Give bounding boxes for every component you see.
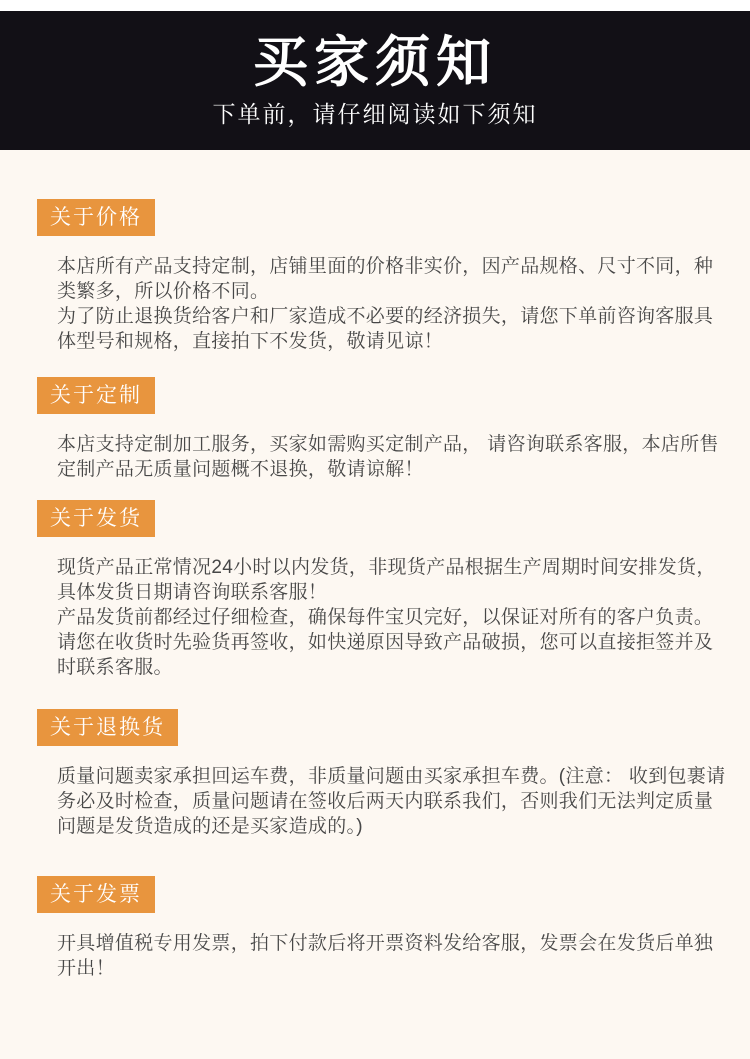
section-text-customization: 本店支持定制加工服务，买家如需购买定制产品， 请咨询联系客服，本店所售 定制产品… [57,432,732,482]
section-customization: 关于定制 本店支持定制加工服务，买家如需购买定制产品， 请咨询联系客服，本店所售… [37,354,732,482]
section-text-shipping: 现货产品正常情况24小时以内发货，非现货产品根据生产周期时间安排发货， 具体发货… [57,555,732,680]
top-strip [0,0,750,11]
section-label-returns: 关于退换货 [37,709,178,746]
section-invoice: 关于发票 开具增值税专用发票，拍下付款后将开票资料发给客服，发票会在发货后单独 … [37,839,732,981]
notice-body: 关于价格 本店所有产品支持定制，店铺里面的价格非实价，因产品规格、尺寸不同，种 … [0,150,750,981]
section-price: 关于价格 本店所有产品支持定制，店铺里面的价格非实价，因产品规格、尺寸不同，种 … [37,150,732,354]
section-shipping: 关于发货 现货产品正常情况24小时以内发货，非现货产品根据生产周期时间安排发货，… [37,482,732,680]
section-text-invoice: 开具增值税专用发票，拍下付款后将开票资料发给客服，发票会在发货后单独 开出！ [57,931,732,981]
section-returns: 关于退换货 质量问题卖家承担回运车费，非质量问题由买家承担车费。(注意： 收到包… [37,680,732,839]
buyer-notice-page: 买家须知 下单前，请仔细阅读如下须知 关于价格 本店所有产品支持定制，店铺里面的… [0,0,750,1059]
section-label-price: 关于价格 [37,199,155,236]
section-text-returns: 质量问题卖家承担回运车费，非质量问题由买家承担车费。(注意： 收到包裹请 务必及… [57,764,732,839]
section-text-price: 本店所有产品支持定制，店铺里面的价格非实价，因产品规格、尺寸不同，种 类繁多，所… [57,254,732,354]
section-label-shipping: 关于发货 [37,500,155,537]
section-label-customization: 关于定制 [37,377,155,414]
page-subtitle: 下单前，请仔细阅读如下须知 [0,91,750,128]
header-banner: 买家须知 下单前，请仔细阅读如下须知 [0,11,750,150]
section-label-invoice: 关于发票 [37,876,155,913]
page-title: 买家须知 [0,11,750,91]
